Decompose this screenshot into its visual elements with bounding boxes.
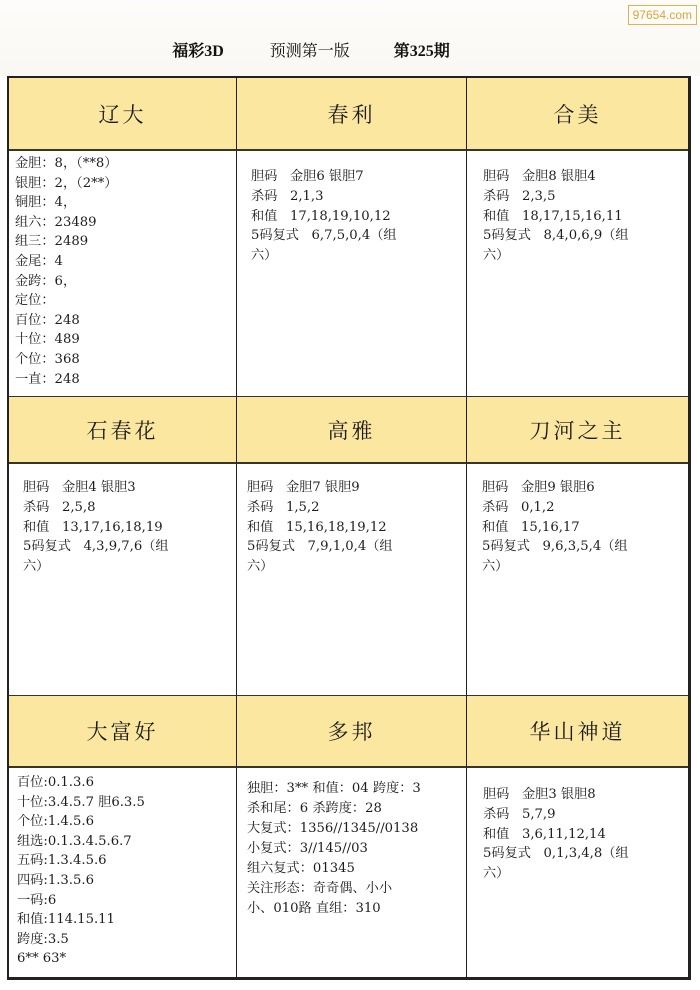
expert-header-7: 大富好 bbox=[9, 696, 237, 768]
prediction-line: 一码:6 bbox=[17, 891, 230, 911]
prediction-line: 和值 15,16,17 bbox=[482, 518, 674, 538]
prediction-line: 和值:114.15.11 bbox=[17, 910, 230, 930]
prediction-line: 大复式：1356//1345//0138 bbox=[247, 819, 460, 839]
prediction-line: 六） bbox=[482, 557, 674, 577]
watermark: 97654.com bbox=[628, 5, 697, 25]
prediction-line: 银胆：2，（2**） bbox=[15, 174, 230, 194]
prediction-line: 关注形态：奇奇偶、小小 bbox=[247, 879, 460, 899]
prediction-line: 和值 3,6,11,12,14 bbox=[483, 825, 674, 845]
expert-body-4: 胆码 金胆4 银胆3 杀码 2,5,8 和值 13,17,16,18,19 5码… bbox=[9, 464, 237, 696]
prediction-line: 杀码 2,1,3 bbox=[251, 187, 452, 207]
prediction-line: 和值 18,17,15,16,11 bbox=[483, 207, 674, 227]
prediction-line: 和值 13,17,16,18,19 bbox=[23, 518, 222, 538]
expert-header-3: 合美 bbox=[467, 78, 688, 151]
prediction-line: 百位：248 bbox=[15, 311, 230, 331]
expert-body-6: 胆码 金胆9 银胆6 杀码 0,1,2 和值 15,16,17 5码复式 9,6… bbox=[467, 464, 688, 696]
prediction-line: 组六复式：01345 bbox=[247, 859, 460, 879]
expert-header-4: 石春花 bbox=[9, 397, 237, 464]
expert-body-2: 胆码 金胆6 银胆7 杀码 2,1,3 和值 17,18,19,10,12 5码… bbox=[237, 151, 467, 397]
prediction-line: 杀和尾：6 杀跨度：28 bbox=[247, 799, 460, 819]
prediction-line: 胆码 金胆3 银胆8 bbox=[483, 785, 674, 805]
expert-body-5: 胆码 金胆7 银胆9 杀码 1,5,2 和值 15,16,18,19,12 5码… bbox=[237, 464, 467, 696]
page-title: 福彩3D 预测第一版 第325期 bbox=[0, 38, 700, 61]
prediction-line: 十位:3.4.5.7 胆6.3.5 bbox=[17, 793, 230, 813]
prediction-line: 定位： bbox=[15, 291, 230, 311]
prediction-line: 胆码 金胆9 银胆6 bbox=[482, 478, 674, 498]
prediction-line: 杀码 1,5,2 bbox=[247, 498, 452, 518]
expert-header-8: 多邦 bbox=[237, 696, 467, 768]
expert-body-8: 独胆：3** 和值：04 跨度：3 杀和尾：6 杀跨度：28 大复式：1356/… bbox=[237, 768, 467, 977]
prediction-line: 组选:0.1.3.4.5.6.7 bbox=[17, 832, 230, 852]
prediction-line: 6** 63* bbox=[17, 949, 230, 969]
prediction-line: 小、010路 直组：310 bbox=[247, 899, 460, 919]
prediction-line: 胆码 金胆4 银胆3 bbox=[23, 478, 222, 498]
prediction-line: 十位：489 bbox=[15, 330, 230, 350]
expert-header-6: 刀河之主 bbox=[467, 397, 688, 464]
prediction-line: 一直：248 bbox=[15, 370, 230, 390]
prediction-line: 六） bbox=[483, 246, 674, 266]
expert-body-7: 百位:0.1.3.6 十位:3.4.5.7 胆6.3.5 个位:1.4.5.6 … bbox=[9, 768, 237, 977]
prediction-line: 5码复式 4,3,9,7,6（组 bbox=[23, 537, 222, 557]
prediction-line: 和值 15,16,18,19,12 bbox=[247, 518, 452, 538]
title-issue: 第325期 bbox=[394, 38, 450, 61]
prediction-line: 六） bbox=[23, 557, 222, 577]
prediction-line: 百位:0.1.3.6 bbox=[17, 773, 230, 793]
prediction-line: 胆码 金胆7 银胆9 bbox=[247, 478, 452, 498]
prediction-line: 杀码 5,7,9 bbox=[483, 805, 674, 825]
prediction-line: 铜胆：4， bbox=[15, 193, 230, 213]
prediction-line: 5码复式 0,1,3,4,8（组 bbox=[483, 844, 674, 864]
prediction-line: 胆码 金胆6 银胆7 bbox=[251, 167, 452, 187]
prediction-line: 四码:1.3.5.6 bbox=[17, 871, 230, 891]
title-lottery: 福彩3D bbox=[172, 38, 224, 61]
prediction-line: 金跨：6， bbox=[15, 272, 230, 292]
prediction-line: 5码复式 9,6,3,5,4（组 bbox=[482, 537, 674, 557]
expert-body-1: 金胆：8，（**8） 银胆：2，（2**） 铜胆：4， 组六：23489 组三：… bbox=[9, 151, 237, 397]
prediction-line: 和值 17,18,19,10,12 bbox=[251, 207, 452, 227]
title-edition: 预测第一版 bbox=[270, 38, 350, 61]
prediction-line: 六） bbox=[251, 246, 452, 266]
expert-header-1: 辽大 bbox=[9, 78, 237, 151]
prediction-line: 个位:1.4.5.6 bbox=[17, 812, 230, 832]
expert-header-5: 高雅 bbox=[237, 397, 467, 464]
prediction-line: 跨度:3.5 bbox=[17, 930, 230, 950]
prediction-line: 杀码 2,5,8 bbox=[23, 498, 222, 518]
prediction-line: 金胆：8，（**8） bbox=[15, 154, 230, 174]
prediction-line: 金尾：4 bbox=[15, 252, 230, 272]
expert-body-3: 胆码 金胆8 银胆4 杀码 2,3,5 和值 18,17,15,16,11 5码… bbox=[467, 151, 688, 397]
prediction-line: 5码复式 6,7,5,0,4（组 bbox=[251, 226, 452, 246]
prediction-table: 辽大 春利 合美 金胆：8，（**8） 银胆：2，（2**） 铜胆：4， 组六：… bbox=[7, 76, 691, 980]
prediction-line: 五码:1.3.4.5.6 bbox=[17, 851, 230, 871]
prediction-line: 杀码 2,3,5 bbox=[483, 187, 674, 207]
prediction-line: 杀码 0,1,2 bbox=[482, 498, 674, 518]
prediction-line: 独胆：3** 和值：04 跨度：3 bbox=[247, 779, 460, 799]
prediction-line: 六） bbox=[247, 557, 452, 577]
expert-body-9: 胆码 金胆3 银胆8 杀码 5,7,9 和值 3,6,11,12,14 5码复式… bbox=[467, 768, 688, 977]
prediction-line: 小复式：3//145//03 bbox=[247, 839, 460, 859]
prediction-line: 5码复式 7,9,1,0,4（组 bbox=[247, 537, 452, 557]
prediction-line: 5码复式 8,4,0,6,9（组 bbox=[483, 226, 674, 246]
prediction-line: 胆码 金胆8 银胆4 bbox=[483, 167, 674, 187]
expert-header-2: 春利 bbox=[237, 78, 467, 151]
prediction-line: 六） bbox=[483, 864, 674, 884]
expert-header-9: 华山神道 bbox=[467, 696, 688, 768]
prediction-line: 组六：23489 bbox=[15, 213, 230, 233]
prediction-line: 组三：2489 bbox=[15, 232, 230, 252]
prediction-line: 个位：368 bbox=[15, 350, 230, 370]
